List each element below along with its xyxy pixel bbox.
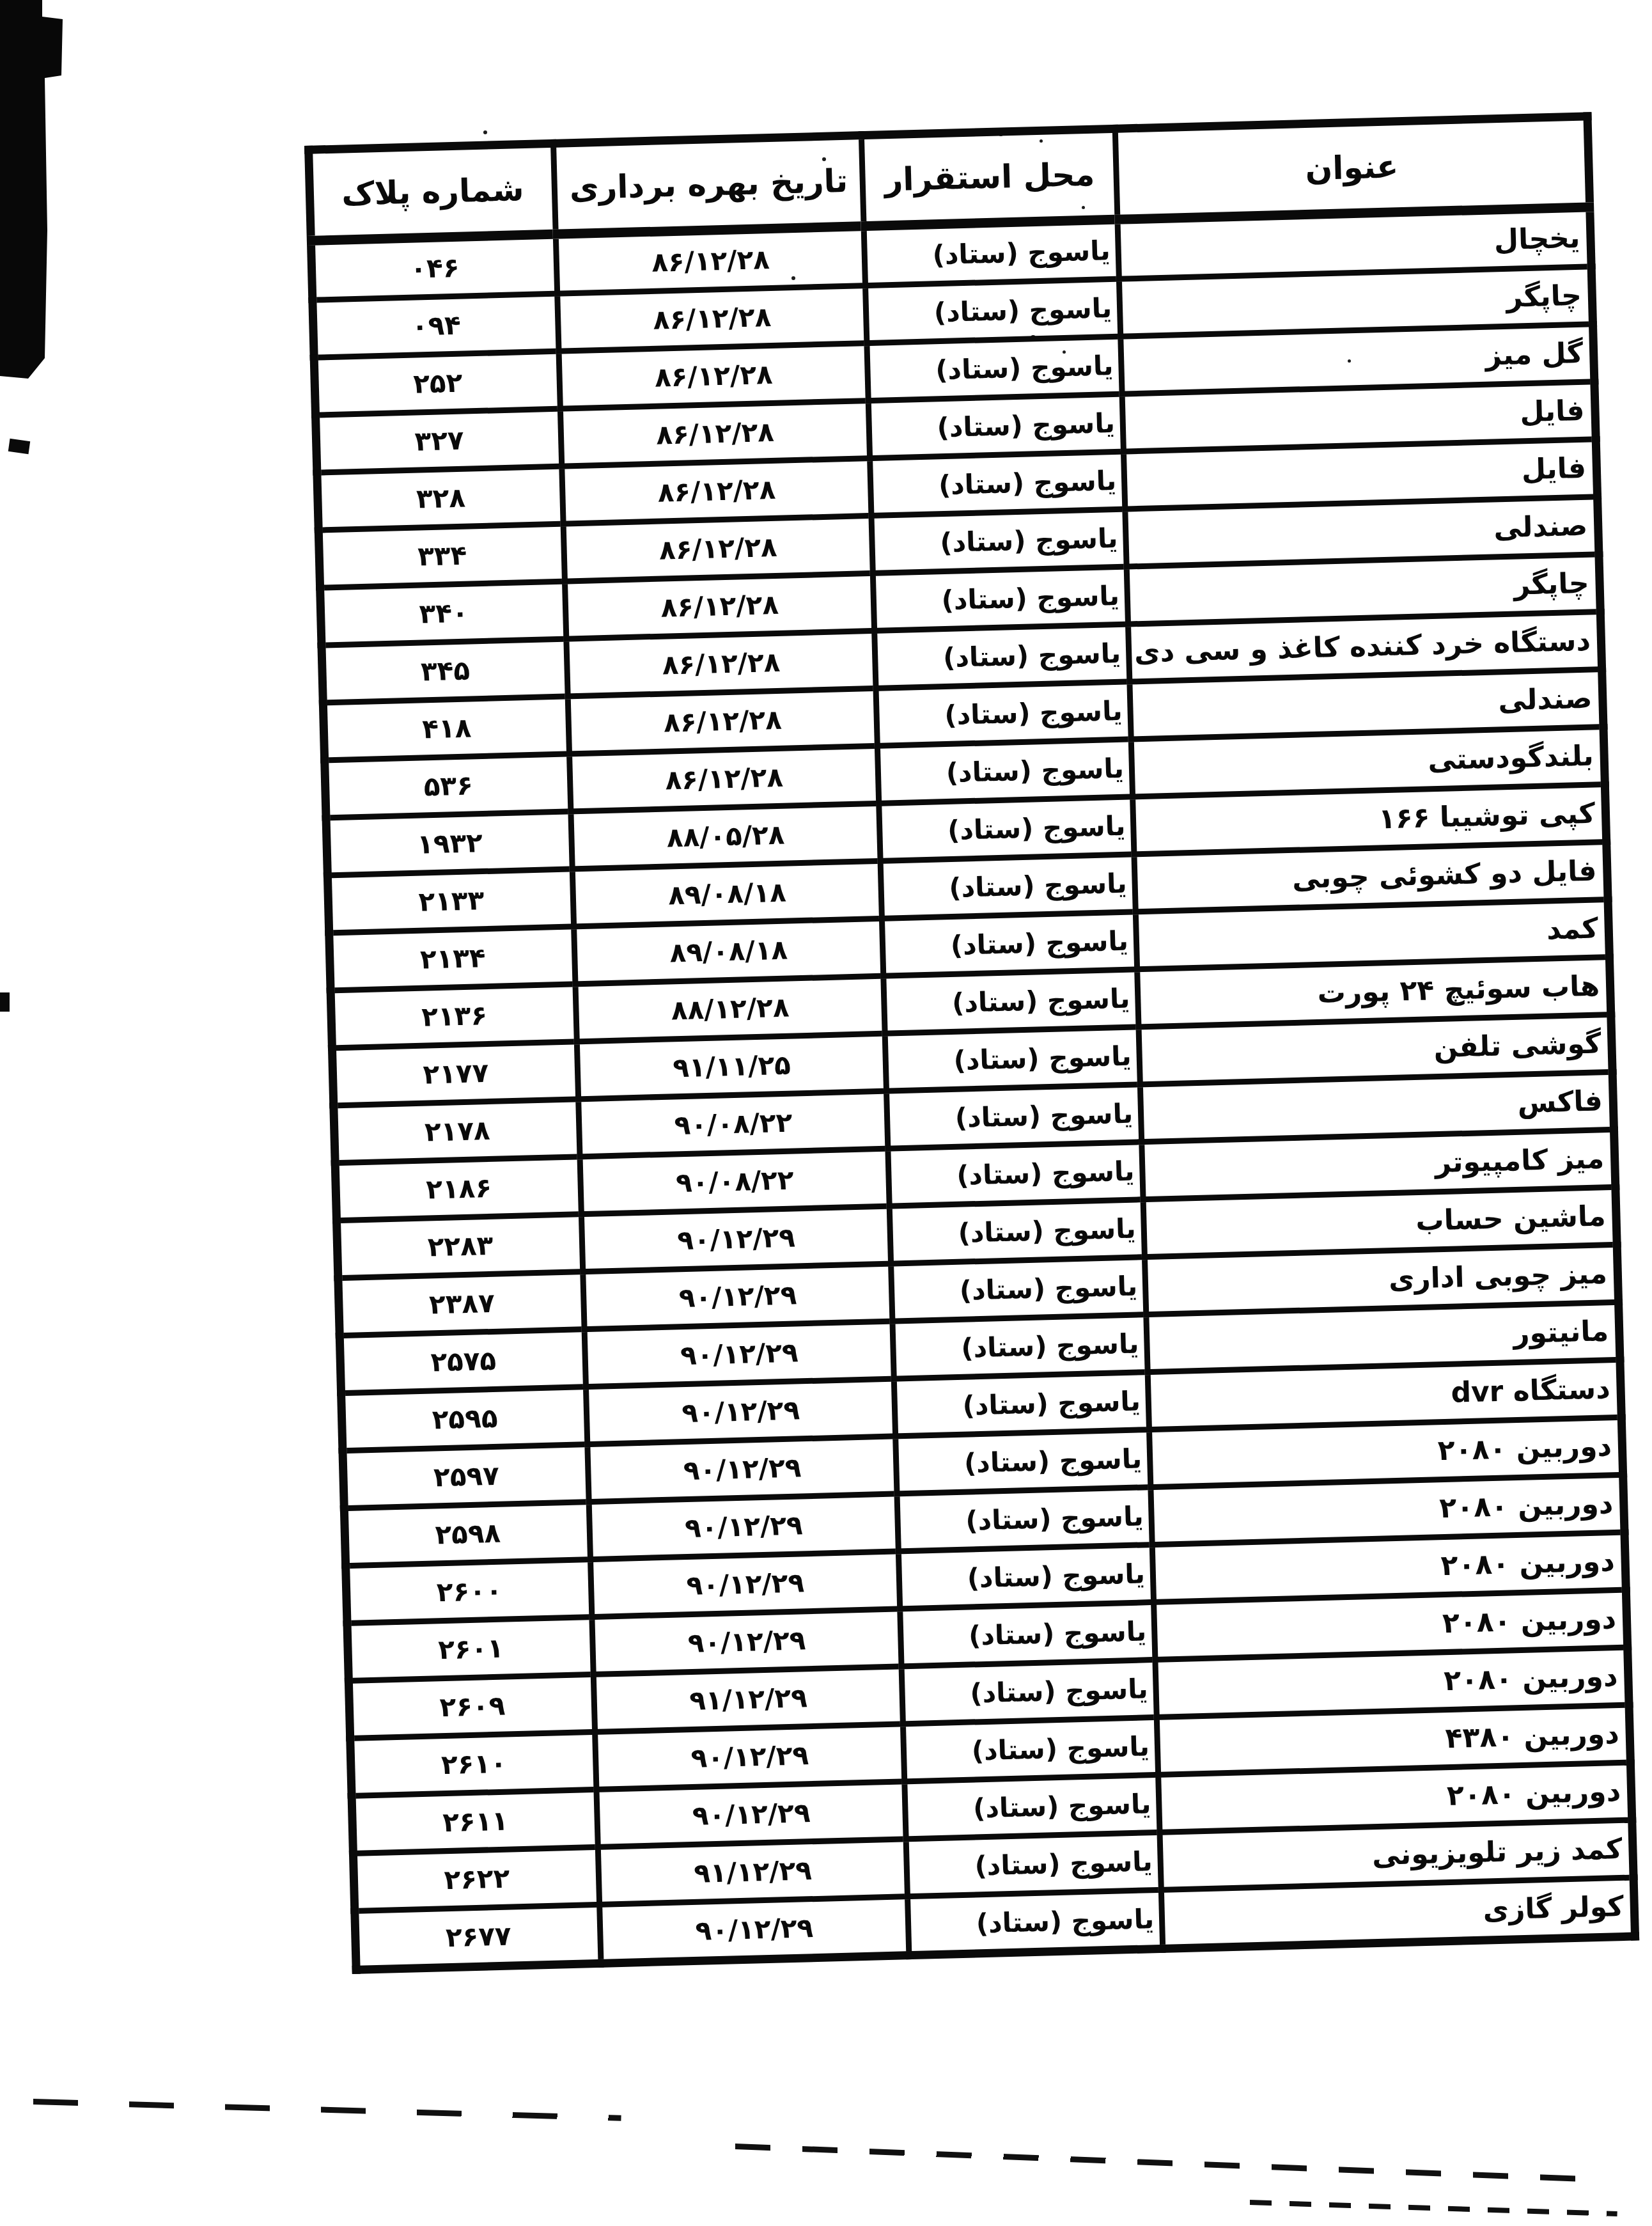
scan-artifact-corner [0, 0, 64, 380]
cell-location: یاسوج (ستاد) [884, 969, 1139, 1033]
cell-date: ۸۶/۱۲/۲۸ [556, 226, 866, 294]
cell-date: ۸۹/۰۸/۱۸ [572, 861, 882, 927]
scan-artifact-dashes [33, 2099, 621, 2121]
cell-location: یاسوج (ستاد) [881, 854, 1136, 918]
cell-plate: ۴۱۸ [323, 696, 569, 760]
cell-location: یاسوج (ستاد) [885, 1027, 1141, 1091]
cell-date: ۹۰/۱۲/۲۹ [596, 1782, 907, 1847]
cell-location: یاسوج (ستاد) [864, 219, 1119, 285]
cell-date: ۸۶/۱۲/۲۸ [565, 573, 875, 639]
scanned-page: عنوان محل استقرار تاریخ بهره برداری شمار… [0, 0, 1652, 2226]
scan-artifact-dashes [735, 2144, 1585, 2182]
scan-artifact-mark [0, 992, 10, 1012]
cell-date: ۹۱/۱۲/۲۹ [593, 1666, 903, 1732]
cell-date: ۸۶/۱۲/۲۸ [562, 459, 872, 524]
cell-location: یاسوج (ستاد) [879, 797, 1134, 861]
cell-plate: ۳۲۸ [317, 466, 563, 530]
cell-location: یاسوج (ستاد) [896, 1430, 1151, 1494]
cell-plate: ۵۳۶ [325, 754, 571, 818]
cell-location: یاسوج (ستاد) [902, 1659, 1157, 1723]
cell-plate: ۲۲۸۳ [337, 1214, 583, 1278]
cell-date: ۹۰/۱۲/۲۹ [595, 1724, 905, 1790]
cell-date: ۹۰/۱۲/۲۹ [588, 1436, 898, 1502]
cell-location: یاسوج (ستاد) [875, 624, 1130, 688]
cell-location: یاسوج (ستاد) [882, 912, 1137, 976]
cell-plate: ۲۱۷۷ [332, 1042, 578, 1106]
cell-plate: ۲۵۹۷ [343, 1445, 589, 1509]
cell-plate: ۳۲۷ [316, 409, 562, 473]
cell-plate: ۲۶۰۹ [348, 1674, 595, 1738]
cell-location: یاسوج (ستاد) [899, 1545, 1154, 1609]
cell-location: یاسوج (ستاد) [871, 509, 1126, 573]
cell-date: ۸۶/۱۲/۲۸ [557, 286, 868, 352]
cell-plate: ۲۱۳۳ [327, 869, 573, 933]
cell-date: ۹۱/۱۲/۲۹ [598, 1839, 908, 1905]
cell-plate: ۲۶۷۷ [355, 1904, 601, 1970]
cell-location: یاسوج (ستاد) [870, 451, 1125, 515]
cell-date: ۹۰/۰۸/۲۲ [579, 1091, 889, 1157]
cell-plate: ۲۶۱۰ [350, 1732, 596, 1796]
cell-location: یاسوج (ستاد) [905, 1775, 1160, 1838]
cell-date: ۸۸/۰۵/۲۸ [571, 803, 881, 869]
cell-location: یاسوج (ستاد) [891, 1257, 1146, 1321]
cell-date: ۸۹/۰۸/۱۸ [573, 918, 884, 984]
cell-date: ۸۶/۱۲/۲۸ [566, 631, 877, 696]
cell-date: ۸۶/۱۲/۲۸ [563, 515, 873, 581]
cell-location: یاسوج (ستاد) [892, 1315, 1148, 1379]
col-header-date: تاریخ بهره برداری [553, 136, 864, 235]
cell-plate: ۲۱۳۴ [329, 927, 575, 991]
cell-plate: ۲۶۱۱ [352, 1789, 598, 1853]
col-header-title: عنوان [1115, 116, 1589, 219]
cell-plate: ۲۱۷۸ [334, 1099, 580, 1163]
cell-plate: ۳۳۴ [318, 524, 565, 588]
cell-date: ۸۶/۱۲/۲۸ [560, 401, 870, 467]
cell-location: یاسوج (ستاد) [903, 1717, 1158, 1781]
cell-title: کولر گازی [1161, 1877, 1635, 1948]
cell-location: یاسوج (ستاد) [888, 1142, 1143, 1206]
cell-date: ۹۱/۱۱/۲۵ [577, 1033, 887, 1099]
cell-plate: ۲۶۰۰ [346, 1560, 592, 1624]
cell-plate: ۲۵۹۵ [341, 1387, 588, 1451]
cell-date: ۹۰/۰۸/۲۲ [580, 1148, 890, 1214]
cell-plate: ۳۴۵ [322, 639, 568, 703]
cell-plate: ۲۵۷۵ [339, 1329, 586, 1393]
cell-plate: ۲۶۲۲ [353, 1847, 599, 1911]
cell-date: ۹۰/۱۲/۲۹ [583, 1264, 893, 1329]
cell-date: ۸۶/۱۲/۲۸ [568, 688, 878, 754]
cell-plate: ۰۴۶ [311, 234, 557, 300]
cell-plate: ۲۶۰۱ [347, 1617, 593, 1681]
cell-location: یاسوج (ستاد) [907, 1832, 1162, 1896]
cell-date: ۹۰/۱۲/۲۹ [592, 1609, 902, 1675]
scan-artifact-mark [8, 439, 30, 454]
cell-location: یاسوج (ستاد) [890, 1200, 1145, 1264]
cell-plate: ۲۱۳۶ [331, 984, 577, 1048]
cell-date: ۸۶/۱۲/۲۸ [569, 746, 879, 811]
cell-plate: ۲۵۹۸ [344, 1502, 590, 1566]
cell-date: ۸۸/۱۲/۲۸ [575, 976, 885, 1042]
cell-location: یاسوج (ستاد) [897, 1487, 1152, 1551]
cell-plate: ۱۹۳۲ [326, 811, 572, 875]
cell-location: یاسوج (ستاد) [878, 739, 1133, 803]
cell-location: یاسوج (ستاد) [866, 279, 1121, 343]
cell-date: ۹۰/۱۲/۲۹ [586, 1379, 896, 1445]
cell-plate: ۲۵۲ [314, 351, 560, 415]
scan-artifact-dashes [1250, 2200, 1617, 2216]
cell-location: یاسوج (ستاد) [900, 1603, 1155, 1666]
cell-plate: ۲۳۸۷ [338, 1272, 584, 1336]
cell-plate: ۲۱۸۶ [335, 1157, 581, 1221]
cell-date: ۹۰/۱۲/۲۹ [590, 1551, 900, 1617]
cell-location: یاسوج (ستاد) [876, 682, 1131, 746]
cell-location: یاسوج (ستاد) [873, 567, 1128, 631]
scan-speckle [483, 130, 487, 134]
cell-plate: ۰۹۴ [313, 294, 559, 357]
cell-location: یاسوج (ستاد) [867, 336, 1122, 400]
cell-date: ۹۰/۱۲/۲۹ [600, 1897, 910, 1964]
cell-location: یاسوج (ستاد) [869, 394, 1124, 458]
cell-date: ۸۶/۱۲/۲۸ [559, 343, 869, 409]
cell-date: ۹۰/۱۲/۲۹ [589, 1494, 899, 1560]
table-body: یخچال یاسوج (ستاد) ۸۶/۱۲/۲۸ ۰۴۶ چاپگر یا… [311, 207, 1635, 1970]
cell-location: یاسوج (ستاد) [908, 1890, 1163, 1955]
inventory-table: عنوان محل استقرار تاریخ بهره برداری شمار… [304, 112, 1639, 1974]
cell-date: ۹۰/۱۲/۲۹ [581, 1206, 891, 1272]
cell-date: ۹۰/۱۲/۲۹ [584, 1321, 894, 1387]
cell-location: یاسوج (ستاد) [887, 1085, 1142, 1148]
col-header-plate: شماره پلاک [309, 143, 556, 240]
cell-location: یاسوج (ستاد) [894, 1372, 1149, 1436]
col-header-location: محل استقرار [862, 129, 1118, 226]
cell-plate: ۳۴۰ [320, 581, 566, 645]
